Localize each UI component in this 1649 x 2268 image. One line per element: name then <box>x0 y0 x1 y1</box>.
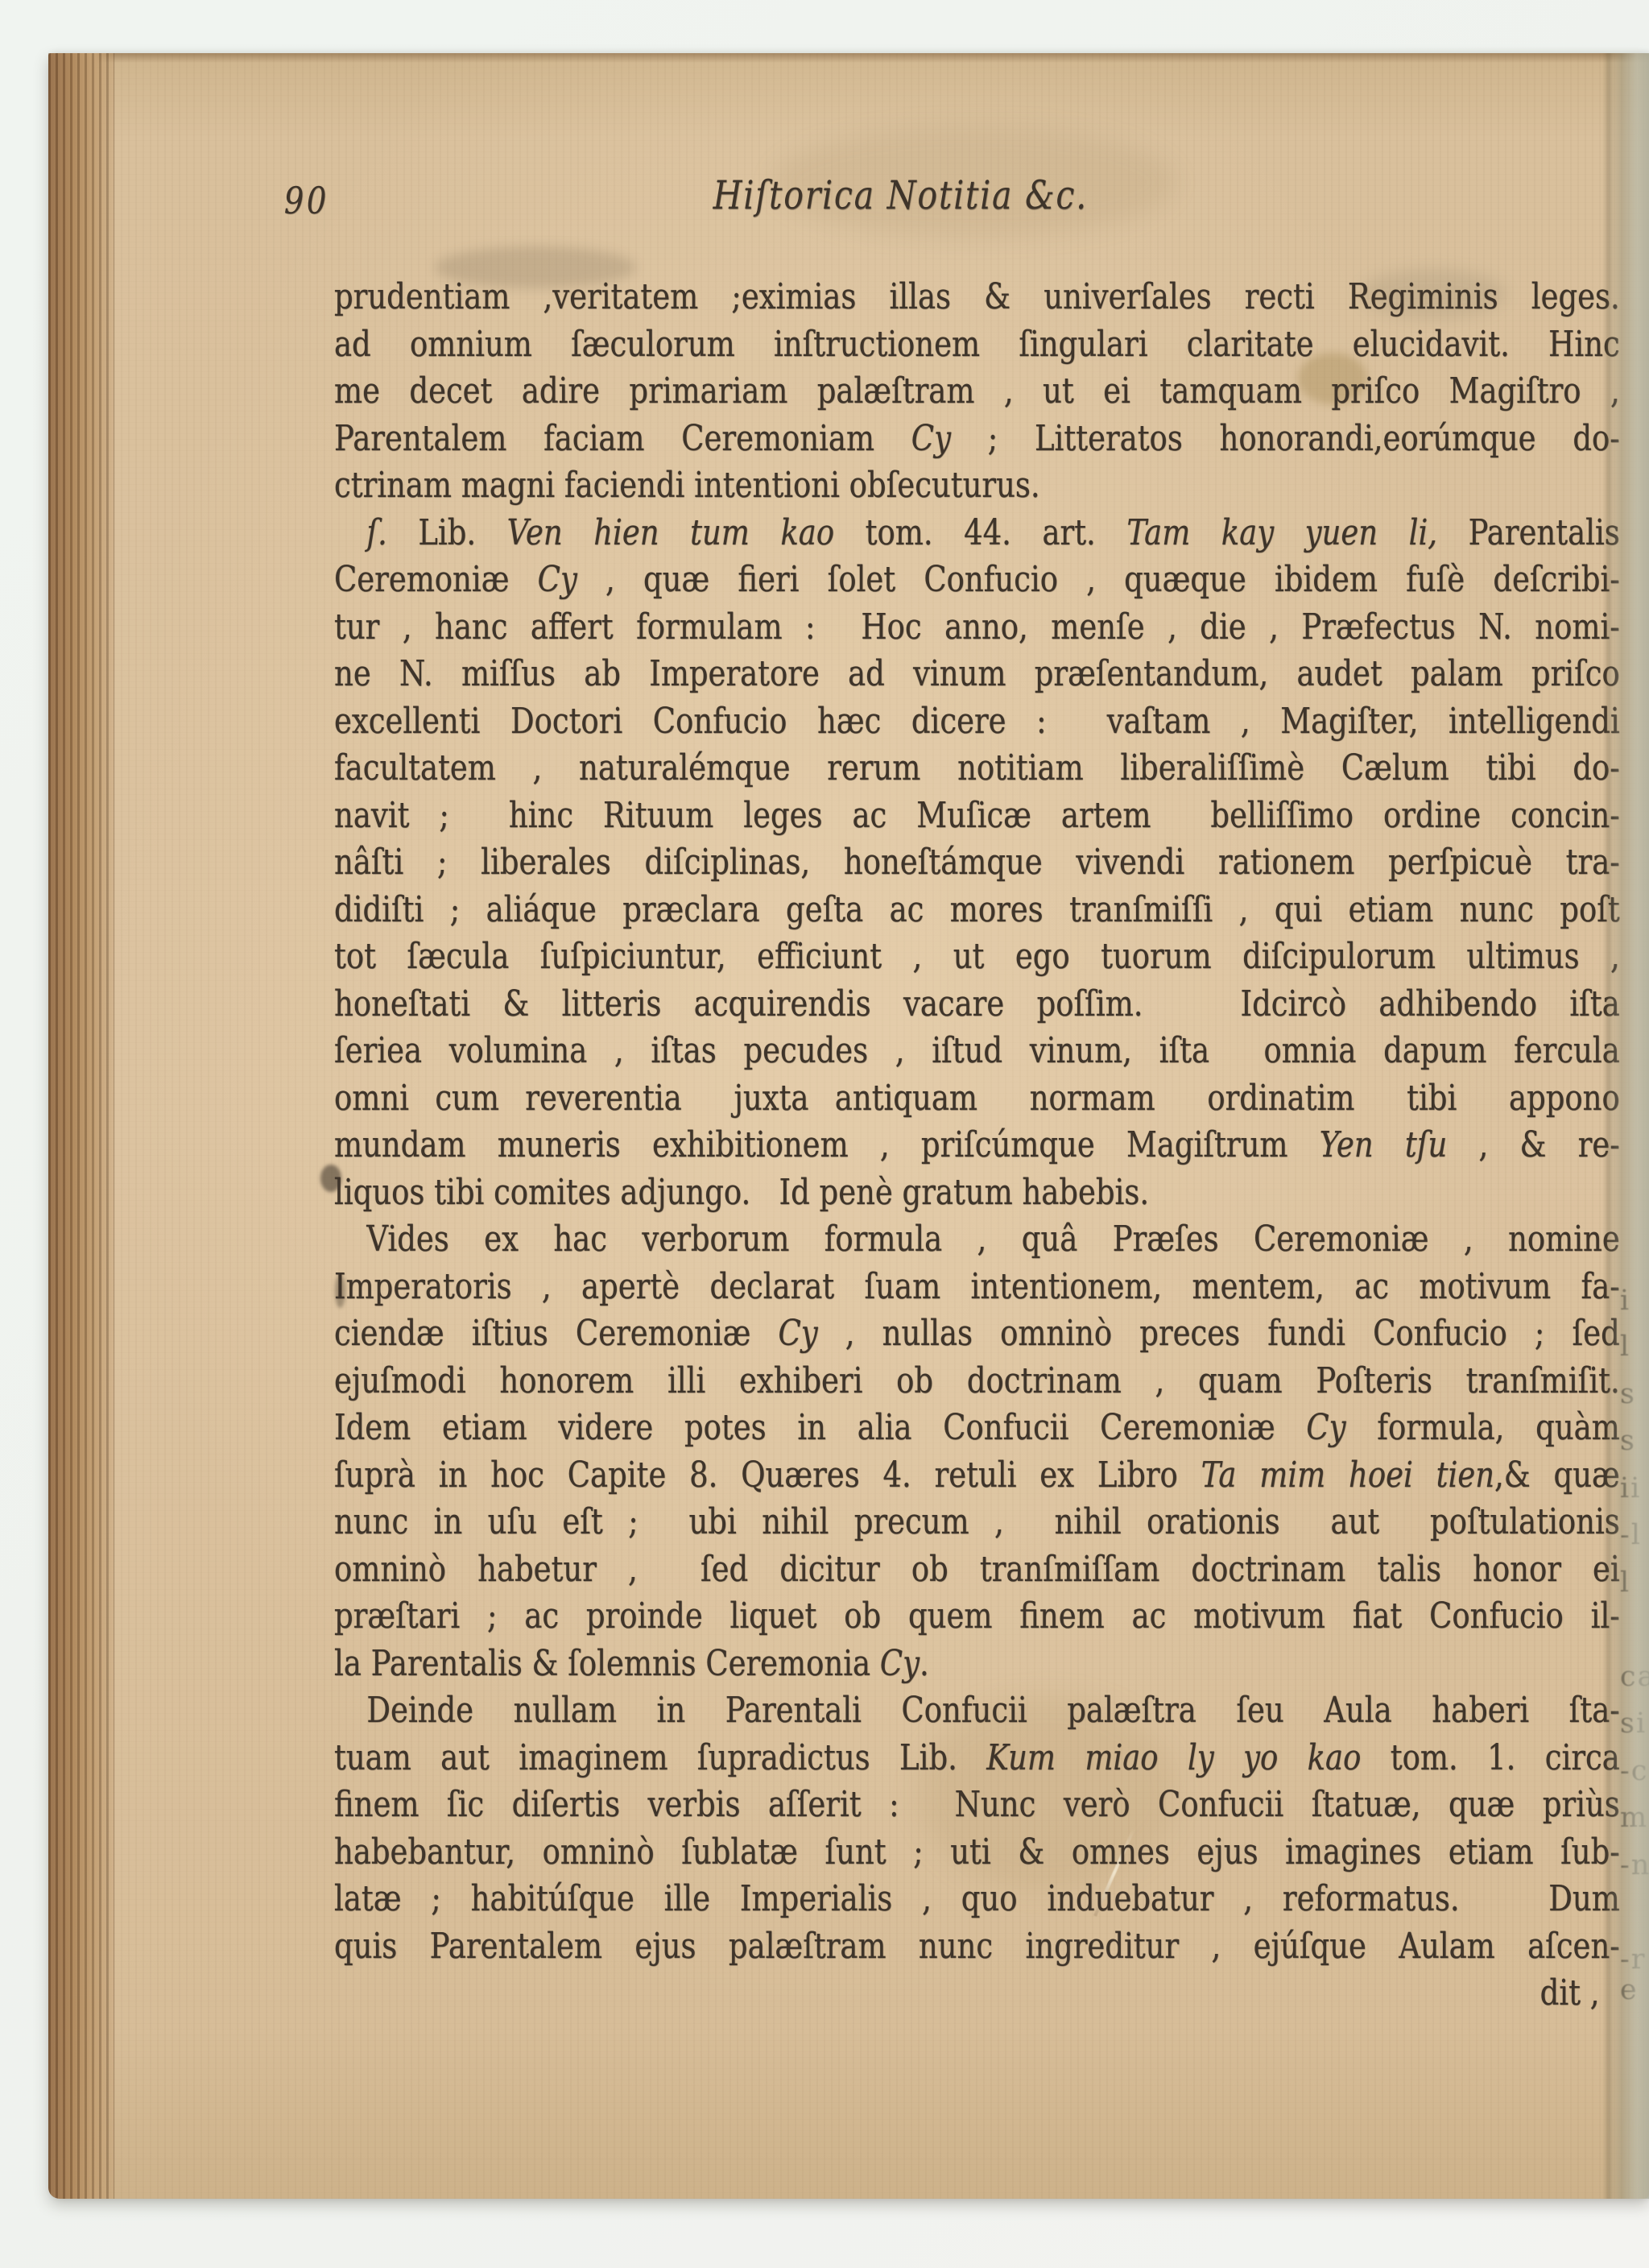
text-line: excellenti Doctori Confucio hæc dicere :… <box>334 698 1620 746</box>
text-segment: omninò habetur , ſed dicitur ob tranſmiſ… <box>334 1549 1620 1590</box>
text-line: Deinde nullam in Parentali Confucii palæ… <box>334 1687 1620 1735</box>
text-segment: Parentalem faciam Ceremoniam <box>334 418 911 459</box>
scanner-background: { "scan": { "page_number": "90", "runnin… <box>0 0 1649 2268</box>
scan-right-edge <box>1607 53 1649 2199</box>
text-line: omni cum reverentia juxta antiquam norma… <box>334 1075 1620 1123</box>
text-line: didiſti ; aliáque præclara geſta ac more… <box>334 887 1620 934</box>
italic-text-segment: Ven hien tum kao <box>507 512 834 553</box>
text-segment: latæ ; habitúſque ille Imperialis , quo … <box>334 1878 1620 1919</box>
italic-text-segment: Yen tſu <box>1320 1124 1448 1165</box>
text-segment: prudentiam ,veritatem ;eximias illas & u… <box>334 276 1620 317</box>
text-segment: me decet adire primariam palæſtram , ut … <box>334 370 1620 412</box>
text-segment: Vides ex hac verborum formula , quâ Præſ… <box>366 1219 1619 1260</box>
text-line: ad omnium ſæculorum inſtructionem ſingul… <box>334 321 1620 369</box>
book-page: 90 Hiſtorica Notitia &c. prudentiam ,ver… <box>48 53 1649 2199</box>
text-segment: ,& quæ <box>1494 1455 1620 1496</box>
text-segment: , quæ fieri ſolet Confucio , quæque ibid… <box>577 559 1620 600</box>
text-segment: facultatem , naturalémque rerum notitiam… <box>334 747 1620 788</box>
text-line: nâſti ; liberales diſciplinas, honeſtámq… <box>334 839 1620 887</box>
text-line: finem ſic diſertis verbis aſſerit : Nunc… <box>334 1782 1620 1829</box>
text-line: ſeriea volumina , iſtas pecudes , iſtud … <box>334 1028 1620 1075</box>
text-segment: honeſtati & litteris acquirendis vacare … <box>334 983 1620 1024</box>
italic-text-segment: Ta mim hoei tien <box>1201 1455 1494 1496</box>
text-line: habebantur, omninò ſublatæ ſunt ; uti & … <box>334 1829 1620 1877</box>
italic-text-segment: Tam kay yuen li, <box>1126 512 1437 553</box>
text-segment: Deinde nullam in Parentali Confucii palæ… <box>366 1690 1619 1731</box>
body-text: prudentiam ,veritatem ;eximias illas & u… <box>334 274 1620 2018</box>
text-segment: la Parentalis & ſolemnis Ceremonia <box>334 1643 880 1684</box>
text-line: Vides ex hac verborum formula , quâ Præſ… <box>334 1216 1620 1264</box>
text-line: me decet adire primariam palæſtram , ut … <box>334 368 1620 416</box>
text-segment: navit ; hinc Rituum leges ac Muſicæ arte… <box>334 795 1620 836</box>
text-segment: ne N. miſſus ab Imperatore ad vinum præſ… <box>334 653 1620 694</box>
text-line: ſ. Lib. Ven hien tum kao tom. 44. art. T… <box>334 510 1620 557</box>
text-line: ciendæ iſtius Ceremoniæ Cy , nullas omni… <box>334 1310 1620 1358</box>
text-line: latæ ; habitúſque ille Imperialis , quo … <box>334 1876 1620 1923</box>
binding-page-edges <box>48 53 114 2199</box>
text-line: Ceremoniæ Cy , quæ fieri ſolet Confucio … <box>334 557 1620 604</box>
text-line: Imperatoris , apertè declarat ſuam inten… <box>334 1264 1620 1311</box>
text-line: la Parentalis & ſolemnis Ceremonia Cy. <box>334 1641 1620 1688</box>
text-line: ctrinam magni faciendi intentioni obſecu… <box>334 462 1620 510</box>
text-segment: , nullas omninò preces fundi Confucio ; … <box>818 1313 1620 1354</box>
page-number: 90 <box>284 179 329 222</box>
italic-text-segment: Cy <box>880 1643 920 1684</box>
text-segment: liquos tibi comites adjungo. Id penè gra… <box>334 1172 1149 1213</box>
text-segment: tur , hanc affert formulam : Hoc anno, m… <box>334 606 1620 648</box>
text-block: 90 Hiſtorica Notitia &c. prudentiam ,ver… <box>334 53 1620 2147</box>
italic-text-segment: Cy <box>778 1313 817 1354</box>
text-segment: didiſti ; aliáque præclara geſta ac more… <box>334 889 1620 930</box>
text-segment: ; Litteratos honorandi,eorúmque do- <box>951 418 1620 459</box>
text-line: tot ſæcula ſuſpiciuntur, efficiunt , ut … <box>334 933 1620 981</box>
text-line: honeſtati & litteris acquirendis vacare … <box>334 981 1620 1028</box>
text-segment: Parentalis <box>1437 512 1620 553</box>
text-segment: dit , <box>1540 1972 1600 2013</box>
italic-text-segment: Cy <box>538 559 577 600</box>
text-line: ne N. miſſus ab Imperatore ad vinum præſ… <box>334 651 1620 698</box>
text-segment: , & re- <box>1447 1124 1619 1165</box>
text-segment: ſuprà in hoc Capite 8. Quæres 4. retuli … <box>334 1455 1201 1496</box>
text-segment: tot ſæcula ſuſpiciuntur, efficiunt , ut … <box>334 936 1620 977</box>
text-line: navit ; hinc Rituum leges ac Muſicæ arte… <box>334 793 1620 840</box>
text-segment: ctrinam magni faciendi intentioni obſecu… <box>334 465 1040 506</box>
text-line: ſuprà in hoc Capite 8. Quæres 4. retuli … <box>334 1452 1620 1500</box>
italic-text-segment: Kum miao ly yo kao <box>986 1737 1361 1778</box>
text-segment: tom. 1. circa <box>1361 1737 1619 1778</box>
text-line: quis Parentalem ejus palæſtram nunc ingr… <box>334 1923 1620 1971</box>
text-line: tuam aut imaginem ſupradictus Lib. Kum m… <box>334 1735 1620 1782</box>
text-segment: Lib. <box>387 512 507 553</box>
text-segment: habebantur, omninò ſublatæ ſunt ; uti & … <box>334 1831 1620 1873</box>
text-line: prudentiam ,veritatem ;eximias illas & u… <box>334 274 1620 321</box>
italic-text-segment: Cy <box>911 418 951 459</box>
italic-text-segment: Cy <box>1306 1407 1345 1448</box>
text-segment: Ceremoniæ <box>334 559 538 600</box>
text-segment: nunc in uſu eſt ; ubi nihil precum , nih… <box>334 1501 1620 1542</box>
text-line: omninò habetur , ſed dicitur ob tranſmiſ… <box>334 1546 1620 1594</box>
text-segment: formula, quàm <box>1346 1407 1620 1448</box>
text-line: Idem etiam videre potes in alia Confucii… <box>334 1405 1620 1452</box>
text-segment: finem ſic diſertis verbis aſſerit : Nunc… <box>334 1784 1620 1825</box>
running-title: Hiſtorica Notitia &c. <box>713 172 1088 218</box>
text-segment: tom. 44. art. <box>834 512 1126 553</box>
text-line: facultatem , naturalémque rerum notitiam… <box>334 745 1620 793</box>
text-segment: . <box>920 1643 929 1684</box>
text-line: Parentalem faciam Ceremoniam Cy ; Litter… <box>334 416 1620 463</box>
text-line: præſtari ; ac proinde liquet ob quem fin… <box>334 1593 1620 1641</box>
text-segment: præſtari ; ac proinde liquet ob quem fin… <box>334 1595 1620 1637</box>
text-line: mundam muneris exhibitionem , priſcúmque… <box>334 1122 1620 1169</box>
text-segment: omni cum reverentia juxta antiquam norma… <box>334 1078 1620 1119</box>
italic-text-segment: ſ. <box>366 512 386 553</box>
text-segment: quis Parentalem ejus palæſtram nunc ingr… <box>334 1926 1620 1967</box>
text-segment: ejuſmodi honorem illi exhiberi ob doctri… <box>334 1360 1620 1401</box>
text-segment: Imperatoris , apertè declarat ſuam inten… <box>334 1266 1620 1307</box>
text-segment: mundam muneris exhibitionem , priſcúmque… <box>334 1124 1320 1165</box>
text-segment: ſeriea volumina , iſtas pecudes , iſtud … <box>334 1030 1620 1071</box>
text-line: liquos tibi comites adjungo. Id penè gra… <box>334 1169 1620 1217</box>
text-segment: Idem etiam videre potes in alia Confucii… <box>334 1407 1306 1448</box>
text-segment: excellenti Doctori Confucio hæc dicere :… <box>334 701 1620 742</box>
text-segment: ciendæ iſtius Ceremoniæ <box>334 1313 778 1354</box>
text-line: nunc in uſu eſt ; ubi nihil precum , nih… <box>334 1499 1620 1546</box>
text-line: tur , hanc affert formulam : Hoc anno, m… <box>334 604 1620 652</box>
text-segment: nâſti ; liberales diſciplinas, honeſtámq… <box>334 842 1620 883</box>
text-line: ejuſmodi honorem illi exhiberi ob doctri… <box>334 1358 1620 1405</box>
text-line: dit , <box>334 1970 1620 2018</box>
text-segment: tuam aut imaginem ſupradictus Lib. <box>334 1737 986 1778</box>
text-segment: ad omnium ſæculorum inſtructionem ſingul… <box>334 324 1620 365</box>
